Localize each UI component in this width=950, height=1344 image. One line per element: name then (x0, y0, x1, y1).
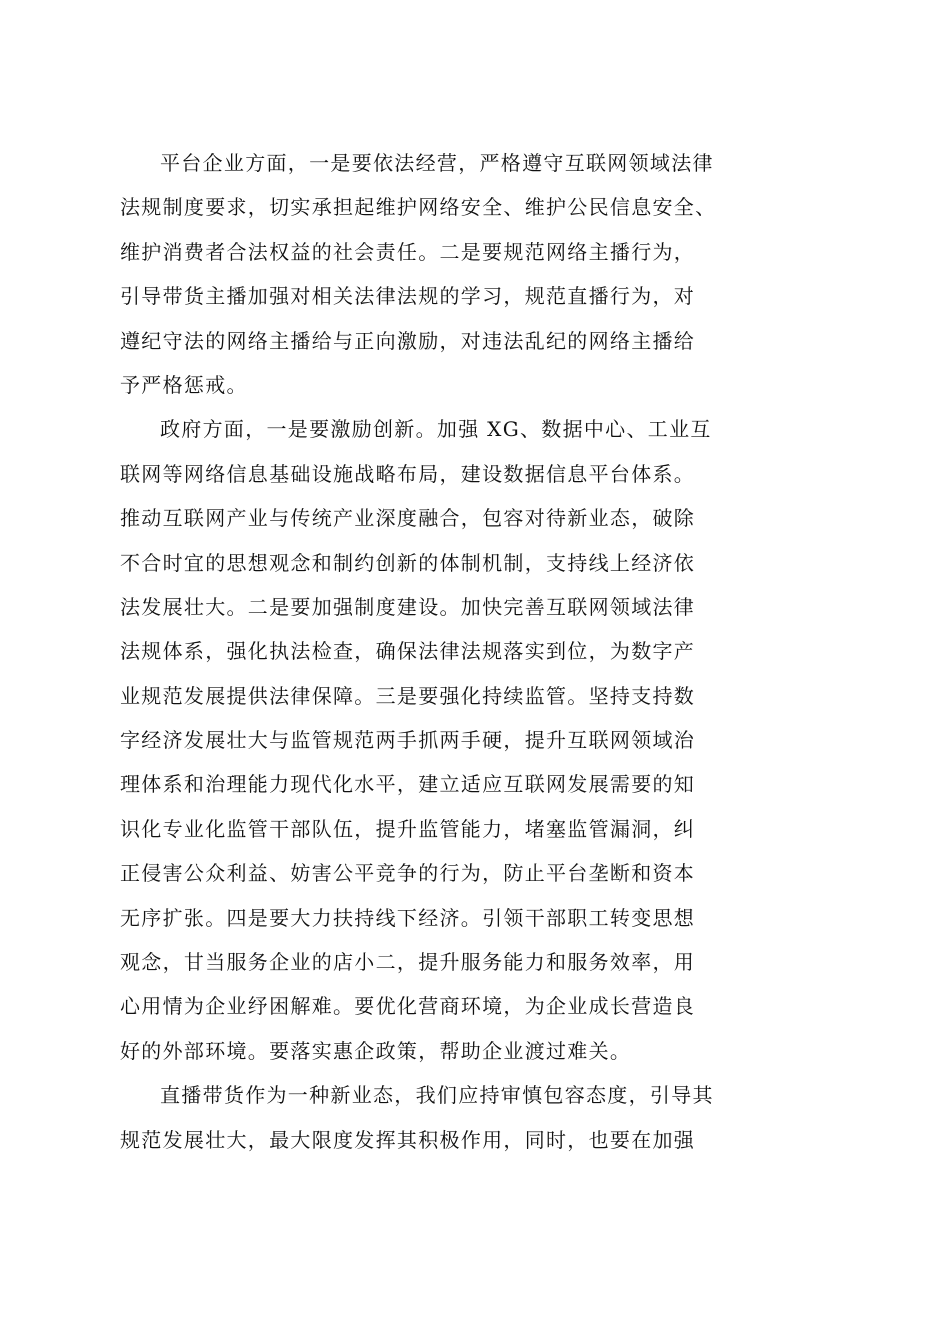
text-line: 业规范发展提供法律保障。三是要强化持续监管。坚持支持数 (120, 674, 840, 718)
text-line: 规范发展壮大，最大限度发挥其积极作用，同时，也要在加强 (120, 1118, 840, 1162)
paragraph-government: 政府方面，一是要激励创新。加强 XG、数据中心、工业互 联网等网络信息基础设施战… (120, 407, 840, 1073)
text-line: 法规制度要求，切实承担起维护网络安全、维护公民信息安全、 (120, 185, 840, 229)
text-line: 好的外部环境。要落实惠企政策，帮助企业渡过难关。 (120, 1029, 840, 1073)
text-line: 心用情为企业纾困解难。要优化营商环境，为企业成长营造良 (120, 984, 840, 1028)
text-line: 予严格惩戒。 (120, 363, 840, 407)
text-line: 直播带货作为一种新业态，我们应持审慎包容态度，引导其 (120, 1073, 840, 1117)
text-line: 不合时宜的思想观念和制约创新的体制机制，支持线上经济依 (120, 541, 840, 585)
text-line: 字经济发展壮大与监管规范两手抓两手硬，提升互联网领域治 (120, 718, 840, 762)
text-line: 法规体系，强化执法检查，确保法律法规落实到位，为数字产 (120, 629, 840, 673)
text-line: 无序扩张。四是要大力扶持线下经济。引领干部职工转变思想 (120, 896, 840, 940)
text-line: 平台企业方面，一是要依法经营，严格遵守互联网领域法律 (120, 141, 840, 185)
text-line: 推动互联网产业与传统产业深度融合，包容对待新业态，破除 (120, 496, 840, 540)
paragraph-conclusion: 直播带货作为一种新业态，我们应持审慎包容态度，引导其 规范发展壮大，最大限度发挥… (120, 1073, 840, 1162)
text-line: 正侵害公众利益、妨害公平竞争的行为，防止平台垄断和资本 (120, 851, 840, 895)
text-line: 遵纪守法的网络主播给与正向激励，对违法乱纪的网络主播给 (120, 319, 840, 363)
text-line: 法发展壮大。二是要加强制度建设。加快完善互联网领域法律 (120, 585, 840, 629)
text-line: 引导带货主播加强对相关法律法规的学习，规范直播行为，对 (120, 274, 840, 318)
text-line: 政府方面，一是要激励创新。加强 XG、数据中心、工业互 (120, 407, 840, 451)
document-body: 平台企业方面，一是要依法经营，严格遵守互联网领域法律 法规制度要求，切实承担起维… (120, 141, 840, 1162)
paragraph-platform-enterprises: 平台企业方面，一是要依法经营，严格遵守互联网领域法律 法规制度要求，切实承担起维… (120, 141, 840, 407)
text-line: 维护消费者合法权益的社会责任。二是要规范网络主播行为， (120, 230, 840, 274)
text-line: 识化专业化监管干部队伍，提升监管能力，堵塞监管漏洞，纠 (120, 807, 840, 851)
text-line: 理体系和治理能力现代化水平，建立适应互联网发展需要的知 (120, 762, 840, 806)
text-line: 联网等网络信息基础设施战略布局，建设数据信息平台体系。 (120, 452, 840, 496)
document-page: 平台企业方面，一是要依法经营，严格遵守互联网领域法律 法规制度要求，切实承担起维… (0, 0, 950, 1344)
text-line: 观念，甘当服务企业的店小二，提升服务能力和服务效率，用 (120, 940, 840, 984)
